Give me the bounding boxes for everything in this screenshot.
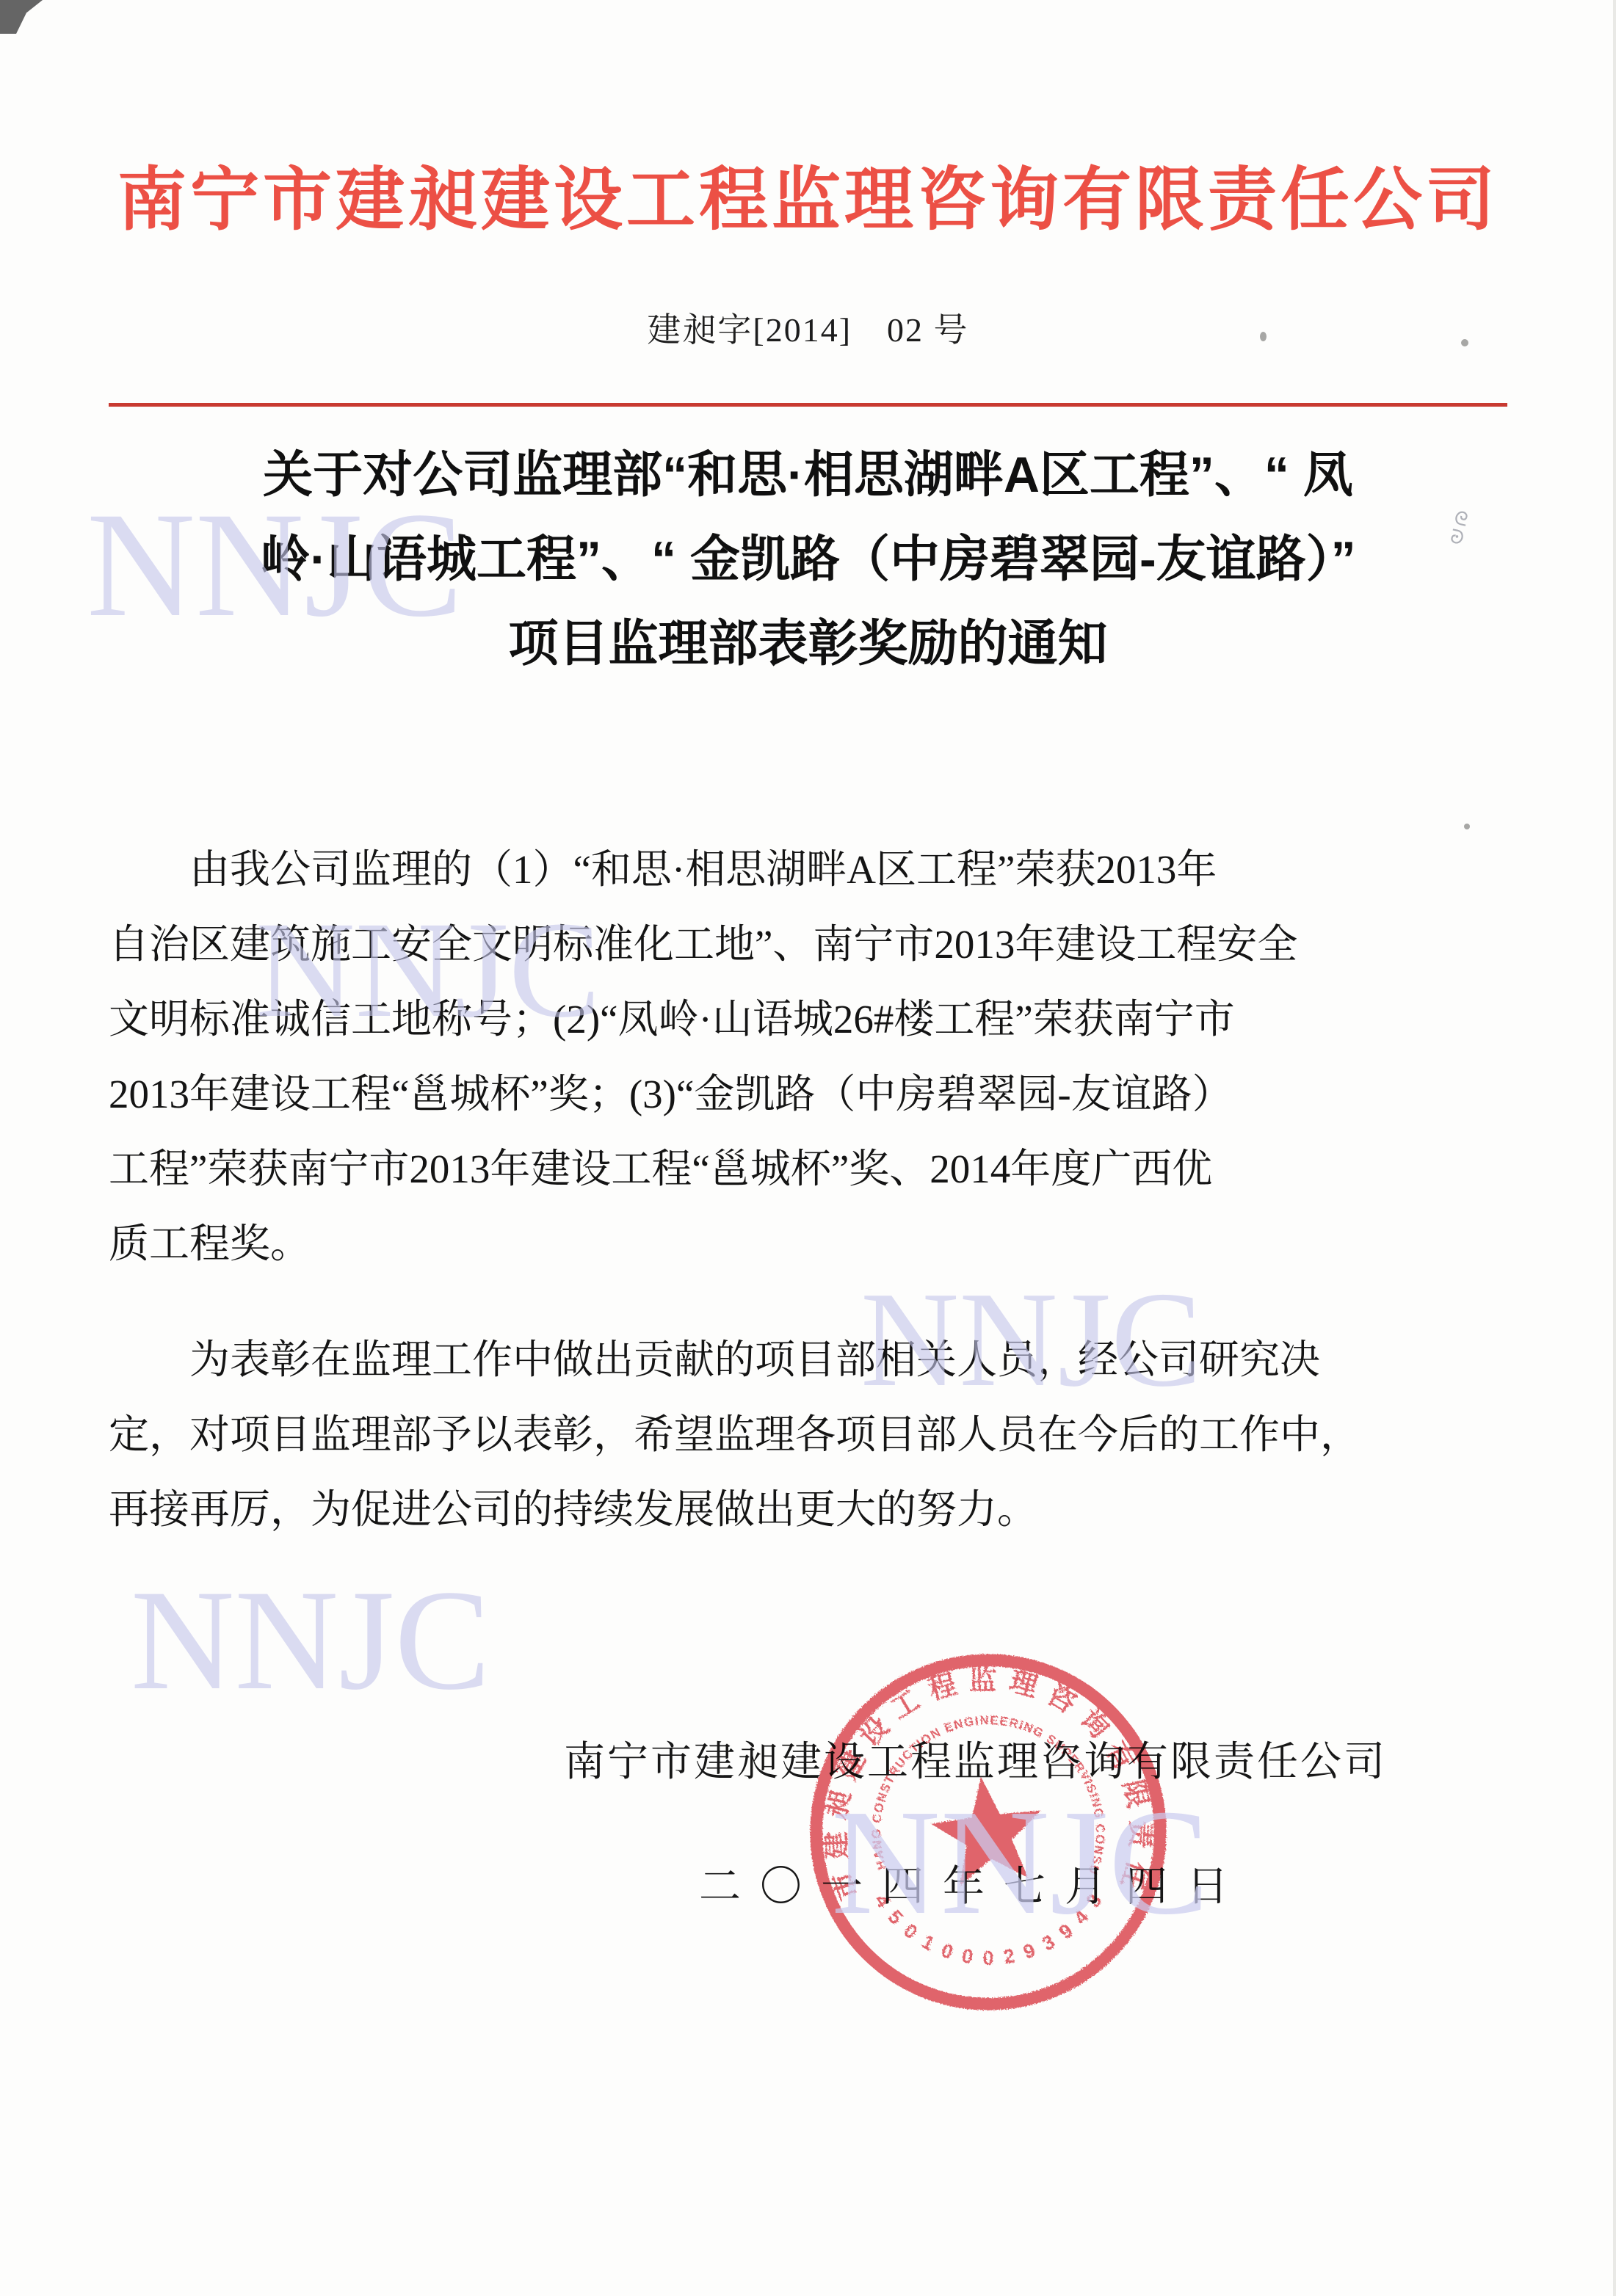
svg-text:4: 4 <box>1069 1906 1093 1928</box>
text-line: 文明标准诚信工地称号；(2)“凤岭·山语城26#楼工程”荣获南宁市 <box>109 982 1507 1057</box>
svg-text:3: 3 <box>1081 1890 1106 1911</box>
svg-text:9: 9 <box>1021 1939 1038 1963</box>
text-line: 为表彰在监理工作中做出贡献的项目部相关人员，经公司研究决 <box>109 1323 1507 1398</box>
notice-body: 由我公司监理的（1）“和思·相思湖畔A区工程”荣获2013年自治区建筑施工安全文… <box>109 832 1507 1547</box>
company-seal-stamp: 南宁市建昶建设工程监理咨询有限责任公司 NANNING JIANCHANG CO… <box>799 1643 1178 2021</box>
text-line: 再接再厉，为促进公司的持续发展做出更大的努力。 <box>109 1472 1507 1547</box>
svg-text:0: 0 <box>983 1947 994 1969</box>
svg-text:5: 5 <box>883 1906 907 1928</box>
text-line: 质工程奖。 <box>109 1207 1507 1282</box>
svg-text:0: 0 <box>960 1944 975 1968</box>
scanned-notice-page: ᘓᘒ 南宁市建昶建设工程监理咨询有限责任公司 建昶字[2014] 02 号 关于… <box>0 0 1616 2296</box>
text-line: 项目监理部表彰奖励的通知 <box>0 602 1616 686</box>
scan-artifact <box>1464 824 1470 829</box>
seal-serial-number: 4501000293943 <box>870 1890 1106 1969</box>
text-line: 自治区建筑施工安全文明标准化工地”、南宁市2013年建设工程安全 <box>109 907 1507 982</box>
paragraph-commendation: 为表彰在监理工作中做出贡献的项目部相关人员，经公司研究决定，对项目监理部予以表彰… <box>109 1323 1507 1547</box>
scan-corner-artifact <box>0 0 43 34</box>
paragraph-awards: 由我公司监理的（1）“和思·相思湖畔A区工程”荣获2013年自治区建筑施工安全文… <box>109 832 1507 1282</box>
svg-text:0: 0 <box>899 1919 921 1944</box>
text-line: 工程”荣获南宁市2013年建设工程“邕城杯”奖、2014年度广西优 <box>109 1132 1507 1207</box>
svg-text:0: 0 <box>938 1939 956 1963</box>
letterhead-company-name: 南宁市建昶建设工程监理咨询有限责任公司 <box>0 144 1616 243</box>
text-line: 定，对项目监理部予以表彰，希望监理各项目部人员在今后的工作中， <box>109 1398 1507 1472</box>
svg-text:9: 9 <box>1055 1919 1077 1944</box>
seal-star-icon <box>926 1770 1048 1889</box>
watermark-nnjc: NNJC <box>131 1558 490 1723</box>
svg-text:3: 3 <box>1038 1930 1058 1955</box>
text-line: 由我公司监理的（1）“和思·相思湖畔A区工程”荣获2013年 <box>109 832 1507 907</box>
svg-text:2: 2 <box>1001 1944 1016 1968</box>
text-line: 关于对公司监理部“和思·相思湖畔A区工程”、“ 凤 <box>0 433 1616 517</box>
text-line: 2013年建设工程“邕城杯”奖；(3)“金凯路（中房碧翠园-友谊路） <box>109 1057 1507 1132</box>
svg-text:1: 1 <box>918 1930 938 1955</box>
document-number: 建昶字[2014] 02 号 <box>0 303 1616 352</box>
text-line: 岭·山语城工程”、“ 金凯路（中房碧翠园-友谊路）” <box>0 517 1616 602</box>
letterhead-divider <box>109 403 1507 407</box>
notice-title: 关于对公司监理部“和思·相思湖畔A区工程”、“ 凤岭·山语城工程”、“ 金凯路（… <box>0 433 1616 686</box>
svg-text:4: 4 <box>870 1890 894 1911</box>
